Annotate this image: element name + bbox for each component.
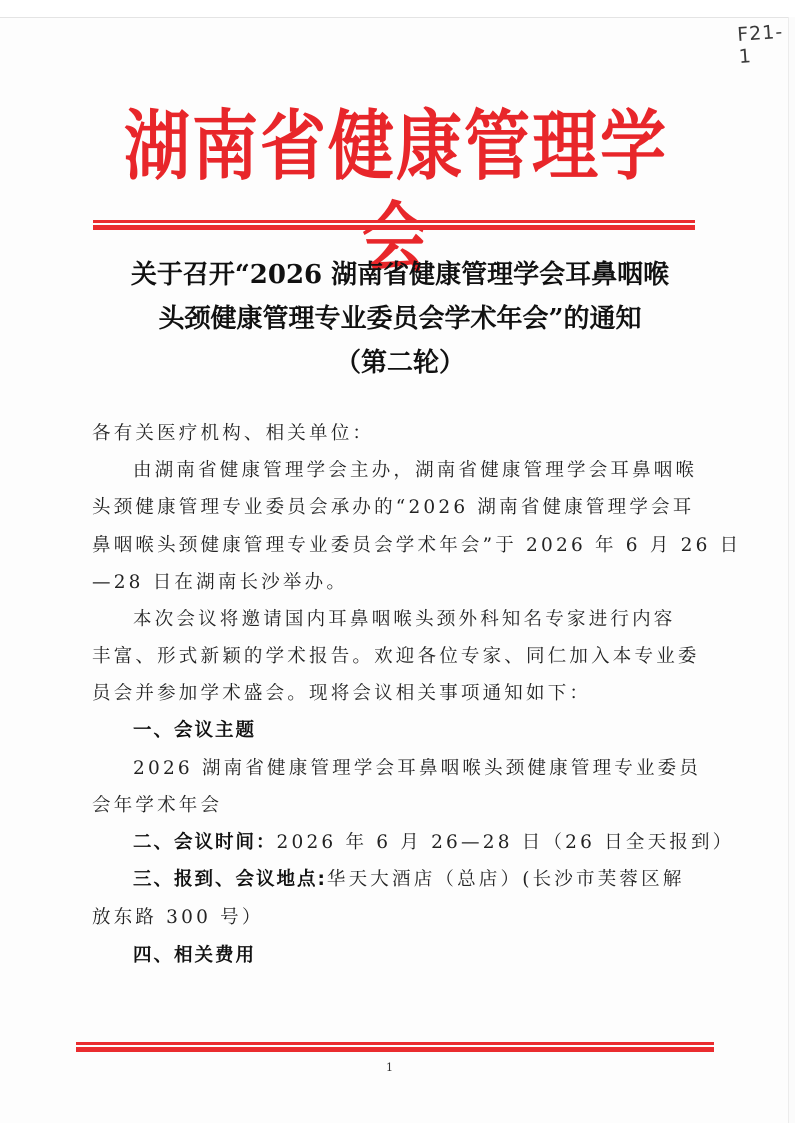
section3-heading: 三、报到、会议地点: [133,869,327,890]
section2-heading: 二、会议时间： [133,832,277,853]
document-title: 关于召开“2026 湖南省健康管理学会耳鼻咽喉 头颈健康管理专业委员会学术年会”… [80,253,720,385]
scan-border-right [788,17,795,1123]
section2-text: 2026 年 6 月 26—28 日（26 日全天报到） [277,832,735,853]
title-line-1: 关于召开“2026 湖南省健康管理学会耳鼻咽喉 [80,253,720,297]
page-number: 1 [386,1061,393,1074]
section2-meeting-time: 二、会议时间：2026 年 6 月 26—28 日（26 日全天报到） [133,833,743,853]
handwritten-file-mark: F21-1 [737,20,795,68]
scan-border-top [0,0,795,18]
section1-heading: 一、会议主题 [133,721,743,741]
para2-line3: 员会并参加学术盛会。现将会议相关事项通知如下： [92,684,702,704]
para2-line2: 丰富、形式新颖的学术报告。欢迎各位专家、同仁加入本专业委 [92,647,702,667]
footer-red-divider [76,1042,714,1052]
para1-line4: —28 日在湖南长沙举办。 [92,573,702,593]
section1-line1: 2026 湖南省健康管理学会耳鼻咽喉头颈健康管理专业委员 [133,759,743,779]
para1-line1: 由湖南省健康管理学会主办，湖南省健康管理学会耳鼻咽喉 [133,461,743,481]
para2-line1: 本次会议将邀请国内耳鼻咽喉头颈外科知名专家进行内容 [133,610,743,630]
section3-venue: 三、报到、会议地点:华天大酒店（总店）(长沙市芙蓉区解 [133,870,743,890]
para1-line3: 鼻咽喉头颈健康管理专业委员会学术年会”于 2026 年 6 月 26 日 [92,536,702,556]
title-line-2: 头颈健康管理专业委员会学术年会”的通知 [80,297,720,341]
section4-heading: 四、相关费用 [133,946,743,966]
title-line-3: （第二轮） [80,341,720,385]
section3-continuation: 放东路 300 号） [92,908,702,928]
para1-line2: 头颈健康管理专业委员会承办的“2026 湖南省健康管理学会耳 [92,498,702,518]
masthead-red-divider [93,220,695,230]
section3-text: 华天大酒店（总店）(长沙市芙蓉区解 [327,869,685,890]
salutation: 各有关医疗机构、相关单位： [92,424,702,444]
section1-line2: 会年学术年会 [92,796,702,816]
